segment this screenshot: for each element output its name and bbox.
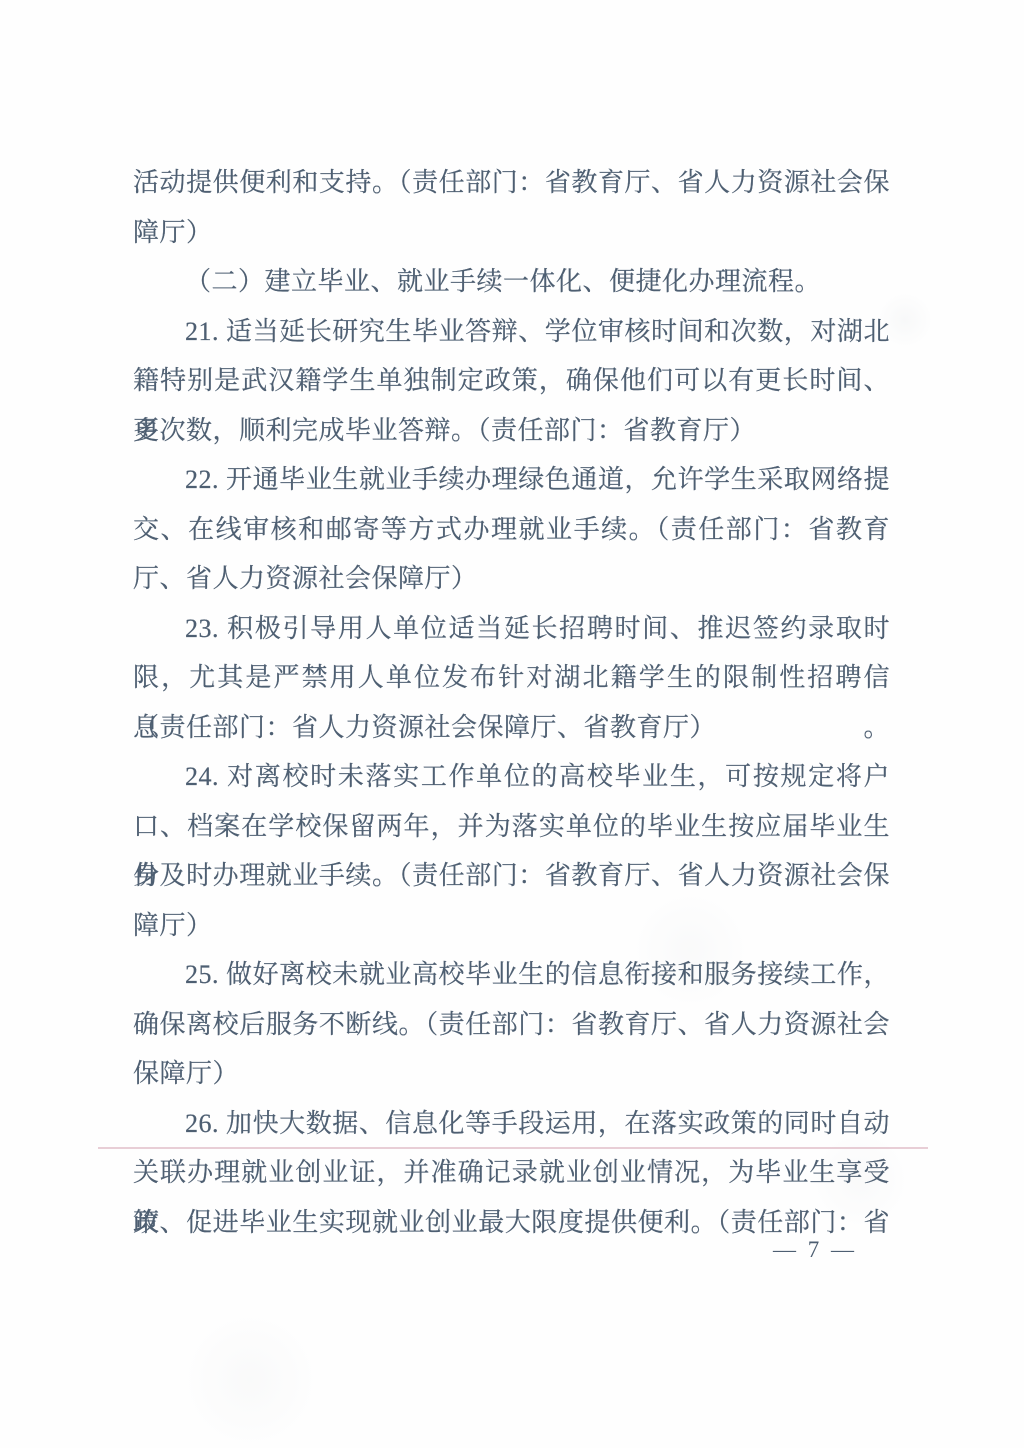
text-line: 22. 开通毕业生就业手续办理绿色通道，允许学生采取网络提 xyxy=(133,455,890,505)
section-heading: （二）建立毕业、就业手续一体化、便捷化办理流程。 xyxy=(133,257,890,307)
text-line: 交、在线审核和邮寄等方式办理就业手续。（责任部门：省教育 xyxy=(133,505,890,555)
text-line: 籍特别是武汉籍学生单独制定政策，确保他们可以有更长时间、更 xyxy=(133,356,890,406)
text-line: 24. 对离校时未落实工作单位的高校毕业生，可按规定将户 xyxy=(133,752,890,802)
text-line: 厅、省人力资源社会保障厅） xyxy=(133,554,890,604)
text-line: 障厅） xyxy=(133,208,890,258)
text-line: 多次数，顺利完成毕业答辩。（责任部门：省教育厅） xyxy=(133,406,890,456)
text-line: 份及时办理就业手续。（责任部门：省教育厅、省人力资源社会保 xyxy=(133,851,890,901)
text-line: 限，尤其是严禁用人单位发布针对湖北籍学生的限制性招聘信息。 xyxy=(133,653,890,703)
document-page: 活动提供便利和支持。（责任部门：省教育厅、省人力资源社会保 障厅） （二）建立毕… xyxy=(0,0,1024,1448)
text-line: 21. 适当延长研究生毕业答辩、学位审核时间和次数，对湖北 xyxy=(133,307,890,357)
text-line: 障厅） xyxy=(133,901,890,951)
text-line: 关联办理就业创业证，并准确记录就业创业情况，为毕业生享受政 xyxy=(133,1148,890,1198)
page-number: — 7 — xyxy=(770,1234,860,1266)
text-line: 25. 做好离校未就业高校毕业生的信息衔接和服务接续工作， xyxy=(133,950,890,1000)
text-line: 26. 加快大数据、信息化等手段运用，在落实政策的同时自动 xyxy=(133,1099,890,1149)
text-line: 口、档案在学校保留两年，并为落实单位的毕业生按应届毕业生身 xyxy=(133,802,890,852)
text-line: 23. 积极引导用人单位适当延长招聘时间、推迟签约录取时 xyxy=(133,604,890,654)
text-line: 活动提供便利和支持。（责任部门：省教育厅、省人力资源社会保 xyxy=(133,158,890,208)
text-line: 确保离校后服务不断线。（责任部门：省教育厅、省人力资源社会 xyxy=(133,1000,890,1050)
document-text-block: 活动提供便利和支持。（责任部门：省教育厅、省人力资源社会保 障厅） （二）建立毕… xyxy=(133,158,890,1247)
text-line: 保障厅） xyxy=(133,1049,890,1099)
scan-artifact-divider-line xyxy=(98,1147,928,1149)
